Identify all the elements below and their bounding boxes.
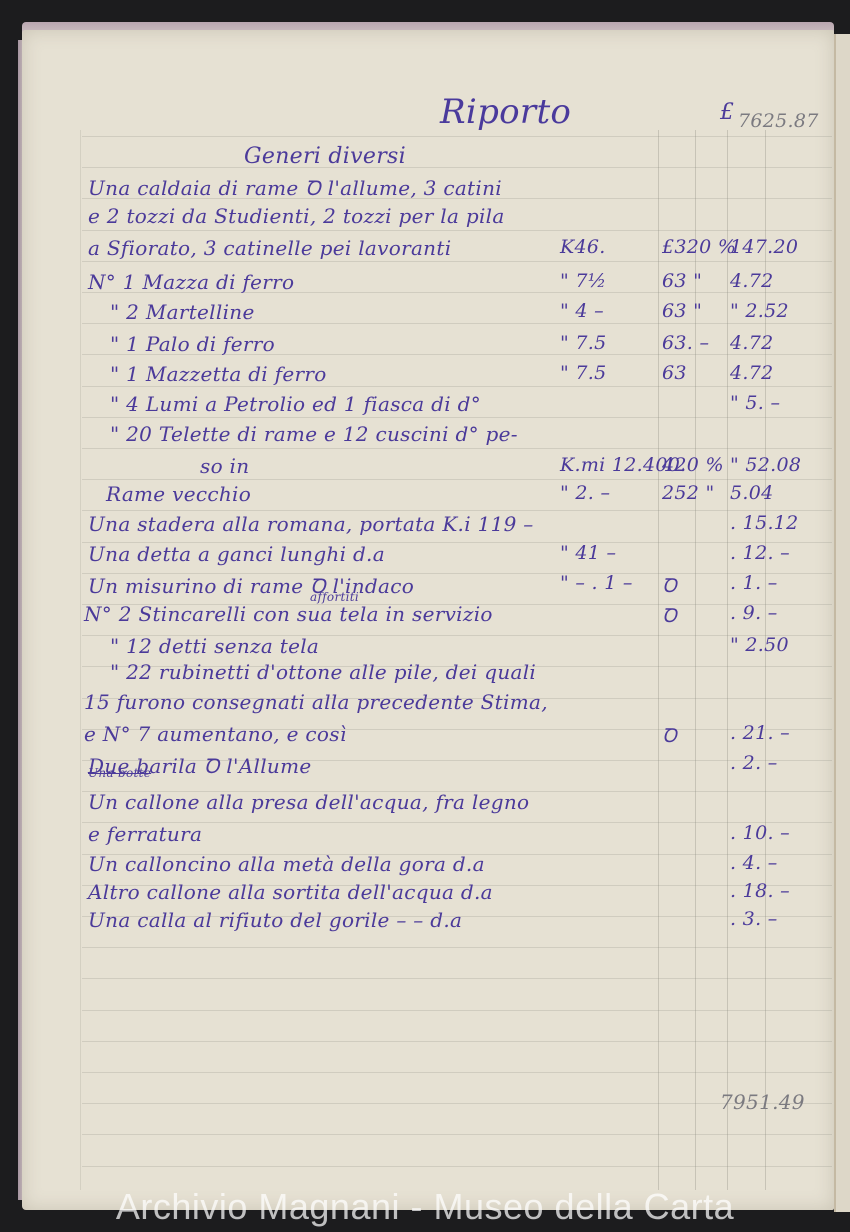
carried-forward-currency: £	[720, 100, 734, 125]
entry-description: 15 furono consegnati alla precedente Sti…	[84, 690, 548, 714]
ruled-line	[82, 261, 832, 262]
entry-description: Una stadera alla romana, portata K.i 119…	[88, 512, 534, 536]
entry-rate: Ꝺ	[662, 572, 677, 598]
entry-quantity: K46.	[560, 236, 606, 258]
entry-description: e ferratura	[88, 822, 202, 846]
ruled-line	[82, 1041, 832, 1042]
entry-amount: 4.72	[730, 362, 774, 384]
entry-quantity: " – . 1 –	[560, 572, 633, 594]
entry-quantity: " 4 –	[560, 300, 604, 322]
entry-description: Due barila Ꝺ l'Allume	[88, 752, 311, 779]
entry-amount: " 2.52	[730, 300, 789, 322]
entry-description: a Sfiorato, 3 catinelle pei lavoranti	[88, 236, 451, 260]
section-heading: Generi diversi	[244, 144, 406, 169]
entry-quantity: " 7.5	[560, 332, 607, 354]
entry-rate: £320 %	[662, 236, 736, 258]
entry-rate: 63 "	[662, 300, 702, 322]
entry-description: Una caldaia di rame Ꝺ l'allume, 3 catini	[88, 174, 502, 201]
entry-description: Un calloncino alla metà della gora d.a	[88, 852, 485, 876]
entry-amount: " 52.08	[730, 454, 801, 476]
entry-description: Rame vecchio	[106, 482, 251, 506]
entry-amount: 4.72	[730, 332, 774, 354]
ruled-line	[82, 417, 832, 418]
entry-amount: . 10. –	[730, 822, 790, 844]
ruled-line	[82, 1166, 832, 1167]
entry-description: " 20 Telette di rame e 12 cuscini d° pe-	[110, 422, 518, 446]
entry-rate: Ꝺ	[662, 602, 677, 628]
carried-forward-amount: 7625.87	[738, 110, 819, 132]
entry-rate: 420 %	[662, 454, 724, 476]
next-page-edge	[834, 34, 850, 1212]
entry-amount: " 2.50	[730, 634, 789, 656]
entry-rate: 63	[662, 362, 687, 384]
ruled-line	[82, 1010, 832, 1011]
page-title: Riporto	[440, 92, 571, 132]
entry-description: e N° 7 aumentano, e così	[84, 722, 347, 746]
entry-amount: 4.72	[730, 270, 774, 292]
entry-description: Un callone alla presa dell'acqua, fra le…	[88, 790, 529, 814]
entry-quantity: " 7.5	[560, 362, 607, 384]
entry-amount: . 3. –	[730, 908, 778, 930]
ruled-line	[82, 947, 832, 948]
ruled-line	[82, 1134, 832, 1135]
entry-amount: . 12. –	[730, 542, 790, 564]
ruled-line	[82, 230, 832, 231]
entry-amount: . 1. –	[730, 572, 778, 594]
margin-rule	[80, 130, 81, 1190]
ruled-line	[82, 479, 832, 480]
entry-description: " 4 Lumi a Petrolio ed 1 fiasca di d°	[110, 392, 481, 416]
entry-quantity: " 41 –	[560, 542, 616, 564]
ruled-line	[82, 510, 832, 511]
entry-rate: 252 "	[662, 482, 715, 504]
entry-quantity: " 7½	[560, 270, 606, 292]
entry-description: " 22 rubinetti d'ottone alle pile, dei q…	[110, 660, 536, 684]
entry-amount: 5.04	[730, 482, 774, 504]
ruled-line	[82, 136, 832, 137]
entry-amount: . 15.12	[730, 512, 799, 534]
ruled-line	[82, 448, 832, 449]
column-rule	[727, 130, 728, 1190]
pencil-total: 7951.49	[720, 1090, 805, 1114]
entry-amount: . 18. –	[730, 880, 790, 902]
entry-description: Una calla al rifiuto del gorile – – d.a	[88, 908, 462, 932]
entry-rate: Ꝺ	[662, 722, 677, 748]
archive-watermark: Archivio Magnani - Museo della Carta	[0, 1186, 850, 1228]
entry-amount: 147.20	[730, 236, 798, 258]
entry-amount: . 4. –	[730, 852, 778, 874]
entry-description: Una detta a ganci lunghi d.a	[88, 542, 385, 566]
entry-rate: 63. –	[662, 332, 709, 354]
entry-description: e 2 tozzi da Studienti, 2 tozzi per la p…	[88, 204, 505, 228]
entry-amount: . 2. –	[730, 752, 778, 774]
ruled-line	[82, 978, 832, 979]
entry-description: Altro callone alla sortita dell'acqua d.…	[88, 880, 493, 904]
ruled-line	[82, 1072, 832, 1073]
entry-description: N° 2 Stincarelli con sua tela in servizi…	[84, 602, 493, 626]
entry-description: " 2 Martelline	[110, 300, 255, 324]
entry-amount: . 21. –	[730, 722, 790, 744]
entry-rate: 63 "	[662, 270, 702, 292]
entry-description: N° 1 Mazza di ferro	[88, 270, 294, 294]
ruled-line	[82, 386, 832, 387]
entry-quantity: " 2. –	[560, 482, 610, 504]
entry-description: " 1 Mazzetta di ferro	[110, 362, 327, 386]
entry-amount: " 5. –	[730, 392, 780, 414]
ruled-line	[82, 167, 832, 168]
entry-description: so in	[200, 454, 249, 478]
entry-description: " 12 detti senza tela	[110, 634, 319, 658]
entry-amount: . 9. –	[730, 602, 778, 624]
column-rule	[658, 130, 659, 1190]
entry-description: Un misurino di rame Ꝺ l'indaco	[88, 572, 414, 599]
entry-description: " 1 Palo di ferro	[110, 332, 275, 356]
